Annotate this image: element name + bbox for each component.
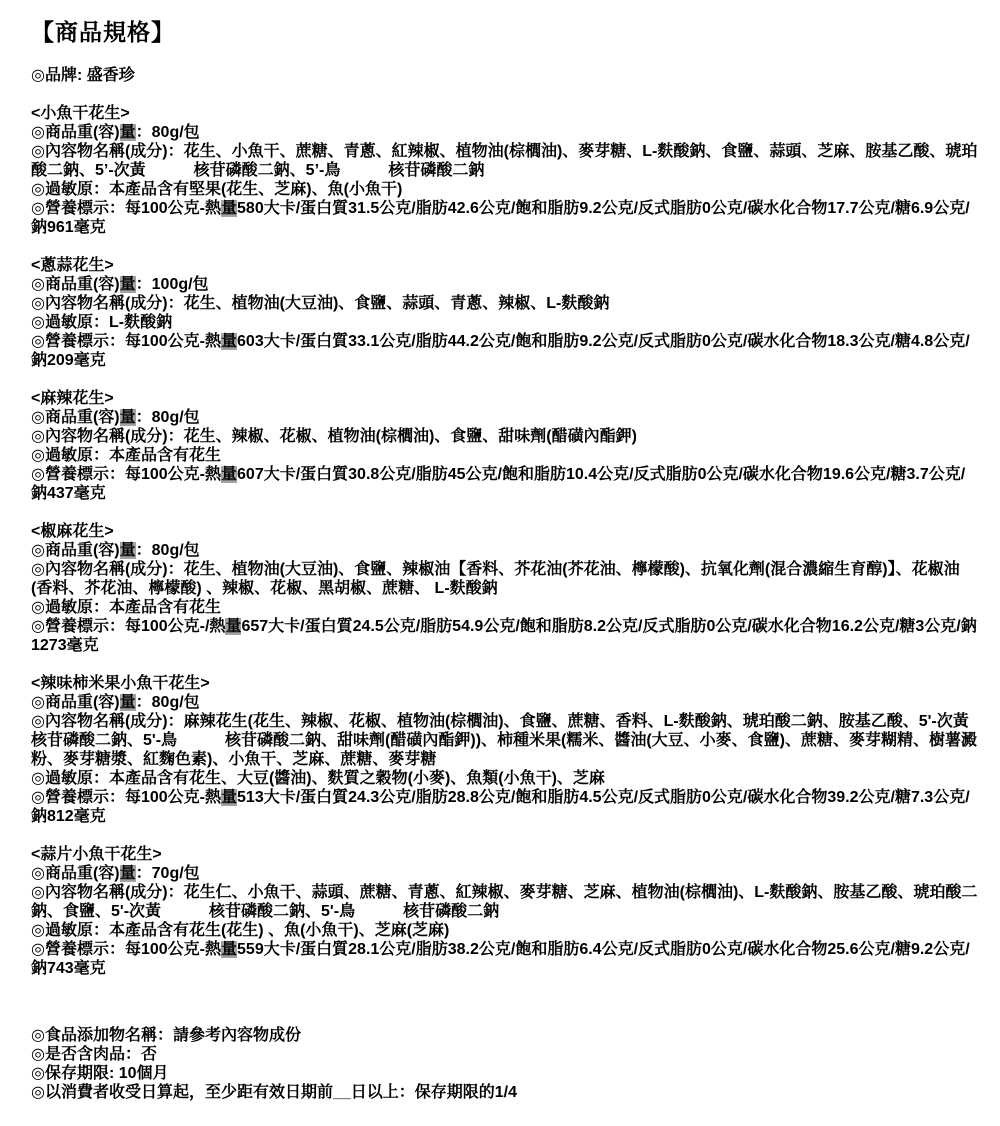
product-name: <辣味柿米果小魚干花生>: [31, 674, 978, 693]
weight-line: ◎商品重(容)量：80g/包: [31, 123, 978, 142]
nutrition-line: ◎營養標示：每100公克-熱量513大卡/蛋白質24.3公克/脂肪28.8公克/…: [31, 788, 978, 826]
page-title: 【商品規格】: [31, 18, 978, 47]
allergen-line: ◎過敏原：本產品含有堅果(花生、芝麻)、魚(小魚干): [31, 180, 978, 199]
nutrition-line: ◎營養標示：每100公克-熱量580大卡/蛋白質31.5公克/脂肪42.6公克/…: [31, 199, 978, 237]
ingredients-line: ◎內容物名稱(成分)：花生、植物油(大豆油)、食鹽、蒜頭、青蔥、辣椒、L-麩酸鈉: [31, 294, 978, 313]
weight-line: ◎商品重(容)量：80g/包: [31, 408, 978, 427]
allergen-line: ◎過敏原：本產品含有花生(花生) 、魚(小魚干)、芝麻(芝麻): [31, 921, 978, 940]
nutrition-line: ◎營養標示：每100公克-熱量607大卡/蛋白質30.8公克/脂肪45公克/飽和…: [31, 465, 978, 503]
weight-line: ◎商品重(容)量：100g/包: [31, 275, 978, 294]
product-spec-document: 【商品規格】 ◎品牌: 盛香珍 <小魚干花生> ◎商品重(容)量：80g/包 ◎…: [0, 0, 1000, 1126]
product-name: <蔥蒜花生>: [31, 256, 978, 275]
product-section: <麻辣花生> ◎商品重(容)量：80g/包 ◎內容物名稱(成分)：花生、辣椒、花…: [31, 389, 978, 503]
ingredients-line: ◎內容物名稱(成分)：花生、植物油(大豆油)、食鹽、辣椒油【香料、芥花油(芥花油…: [31, 560, 978, 598]
nutrition-line: ◎營養標示：每100公克-熱量603大卡/蛋白質33.1公克/脂肪44.2公克/…: [31, 332, 978, 370]
footer-note-meat: ◎是否含肉品：否: [31, 1045, 978, 1064]
allergen-line: ◎過敏原：本產品含有花生、大豆(醬油)、麩質之穀物(小麥)、魚類(小魚干)、芝麻: [31, 769, 978, 788]
footer-note-shelf-life: ◎保存期限: 10個月: [31, 1064, 978, 1083]
footer-note-additives: ◎食品添加物名稱：請參考內容物成份: [31, 1026, 978, 1045]
ingredients-line: ◎內容物名稱(成分)：麻辣花生(花生、辣椒、花椒、植物油(棕櫚油)、食鹽、蔗糖、…: [31, 712, 978, 769]
allergen-line: ◎過敏原：L-麩酸鈉: [31, 313, 978, 332]
product-name: <蒜片小魚干花生>: [31, 845, 978, 864]
product-section: <蒜片小魚干花生> ◎商品重(容)量：70g/包 ◎內容物名稱(成分)：花生仁、…: [31, 845, 978, 978]
allergen-line: ◎過敏原：本產品含有花生: [31, 598, 978, 617]
product-section: <蔥蒜花生> ◎商品重(容)量：100g/包 ◎內容物名稱(成分)：花生、植物油…: [31, 256, 978, 370]
footer-notes: ◎食品添加物名稱：請參考內容物成份 ◎是否含肉品：否 ◎保存期限: 10個月 ◎…: [31, 1026, 978, 1102]
weight-line: ◎商品重(容)量：70g/包: [31, 864, 978, 883]
weight-line: ◎商品重(容)量：80g/包: [31, 541, 978, 560]
nutrition-line: ◎營養標示：每100公克-熱量559大卡/蛋白質28.1公克/脂肪38.2公克/…: [31, 940, 978, 978]
allergen-line: ◎過敏原：本產品含有花生: [31, 446, 978, 465]
footer-note-expiry-policy: ◎以消費者收受日算起，至少距有效日期前__日以上：保存期限的1/4: [31, 1083, 978, 1102]
ingredients-line: ◎內容物名稱(成分)：花生、辣椒、花椒、植物油(棕櫚油)、食鹽、甜味劑(醋磺內酯…: [31, 427, 978, 446]
product-name: <小魚干花生>: [31, 104, 978, 123]
product-section: <辣味柿米果小魚干花生> ◎商品重(容)量：80g/包 ◎內容物名稱(成分)：麻…: [31, 674, 978, 826]
product-name: <椒麻花生>: [31, 522, 978, 541]
ingredients-line: ◎內容物名稱(成分)：花生、小魚干、蔗糖、青蔥、紅辣椒、植物油(棕櫚油)、麥芽糖…: [31, 142, 978, 180]
product-section: <椒麻花生> ◎商品重(容)量：80g/包 ◎內容物名稱(成分)：花生、植物油(…: [31, 522, 978, 655]
nutrition-line: ◎營養標示：每100公克-/熱量657大卡/蛋白質24.5公克/脂肪54.9公克…: [31, 617, 978, 655]
ingredients-line: ◎內容物名稱(成分)：花生仁、小魚干、蒜頭、蔗糖、青蔥、紅辣椒、麥芽糖、芝麻、植…: [31, 883, 978, 921]
product-section: <小魚干花生> ◎商品重(容)量：80g/包 ◎內容物名稱(成分)：花生、小魚干…: [31, 104, 978, 237]
brand-line: ◎品牌: 盛香珍: [31, 66, 978, 85]
weight-line: ◎商品重(容)量：80g/包: [31, 693, 978, 712]
product-name: <麻辣花生>: [31, 389, 978, 408]
